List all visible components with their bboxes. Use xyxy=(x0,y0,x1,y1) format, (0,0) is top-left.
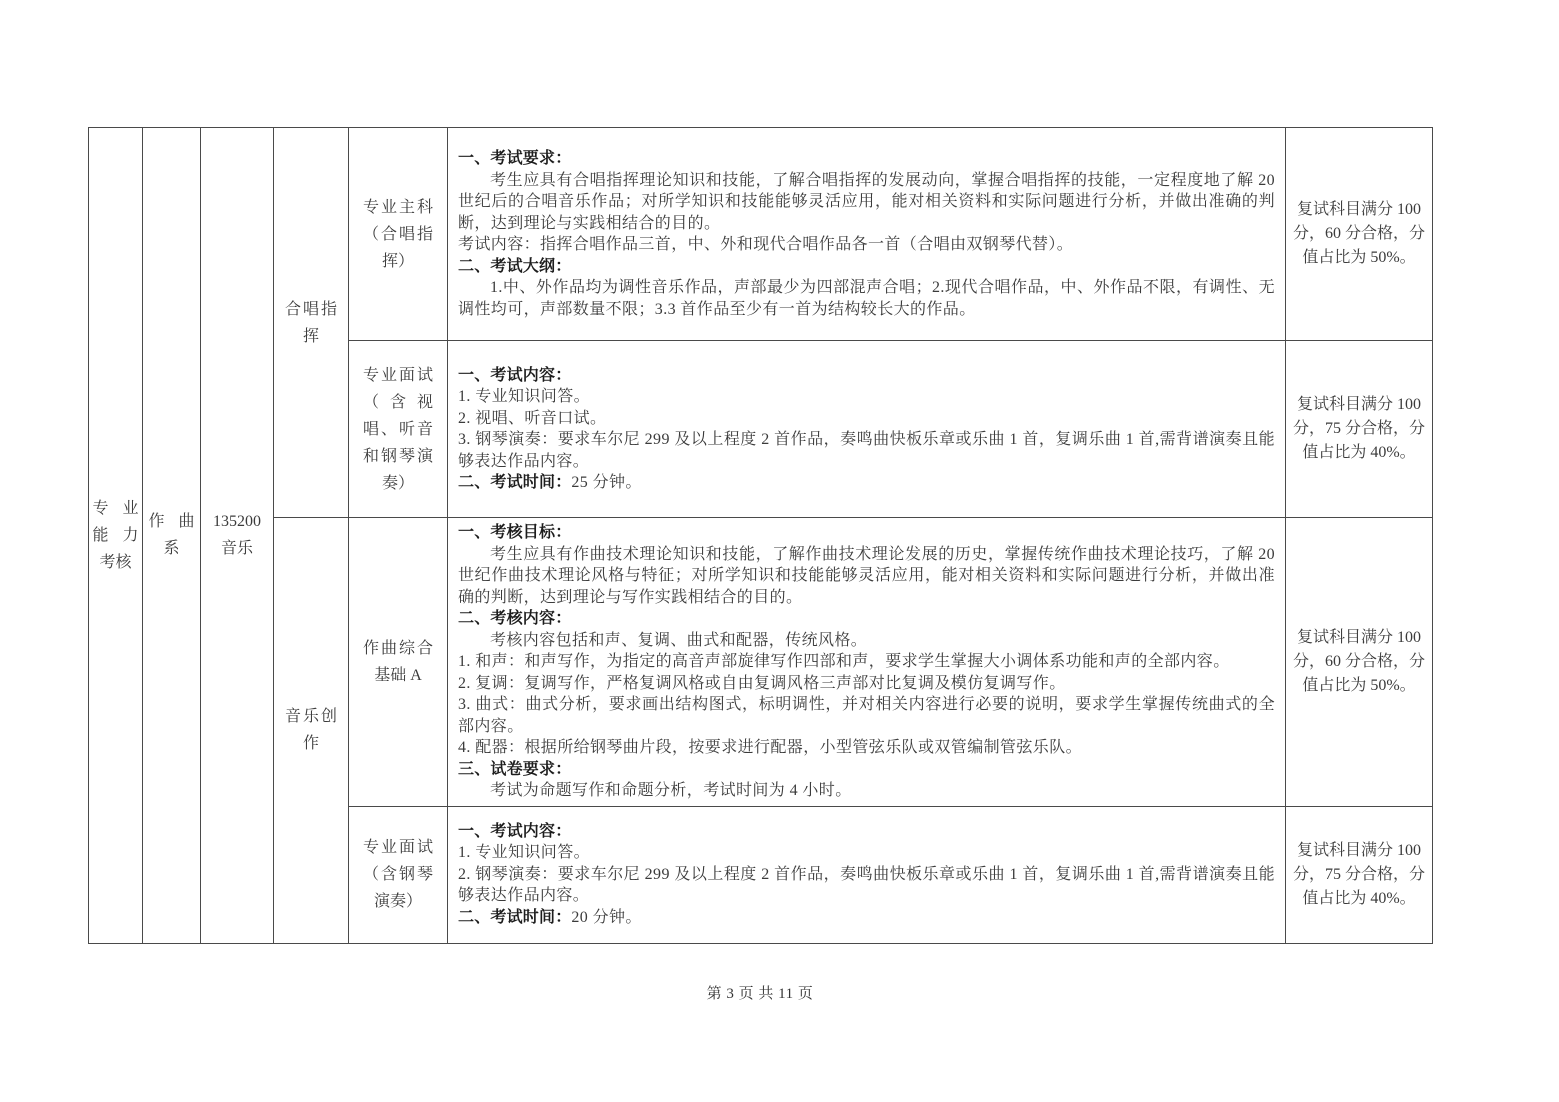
paragraph: 1. 专业知识问答。 xyxy=(458,386,1275,408)
paragraph: 一、考试内容： xyxy=(458,821,1275,843)
cell-subject-interview-composition: 专业面试（含钢琴演奏） xyxy=(349,806,448,943)
cell-department: 作曲系 xyxy=(143,128,201,944)
cell-score-info: 复试科目满分 100 分，75 分合格，分值占比为 40%。 xyxy=(1286,341,1433,518)
cell-subject-composition-foundation: 作曲综合基础 A xyxy=(349,518,448,807)
table-row: 专业能力考核 作曲系 135200 音乐 合唱指挥 专业主科（合唱指挥） 一、考… xyxy=(89,128,1433,341)
direction-label: 合唱指挥 xyxy=(285,296,337,350)
cell-subject-interview-choral: 专业面试（含视唱、听音和钢琴演奏） xyxy=(349,341,448,518)
subject-label: 专业面试（含钢琴演奏） xyxy=(363,834,433,915)
department-label: 作曲系 xyxy=(149,508,195,562)
subject-label: 作曲综合基础 A xyxy=(363,635,433,689)
cell-assessment-type: 专业能力考核 xyxy=(89,128,143,944)
cell-score-info: 复试科目满分 100 分，60 分合格，分值占比为 50%。 xyxy=(1286,518,1433,807)
paragraph: 2. 钢琴演奏：要求车尔尼 299 及以上程度 2 首作品，奏鸣曲快板乐章或乐曲… xyxy=(458,864,1275,907)
paragraph: 二、考试大纲： xyxy=(458,256,1275,278)
paragraph: 二、考试时间：20 分钟。 xyxy=(458,907,1275,929)
paragraph: 二、考核内容： xyxy=(458,608,1275,630)
cell-program-code: 135200 音乐 xyxy=(201,128,274,944)
program-code-label: 135200 音乐 xyxy=(202,508,272,562)
paragraph: 考核内容包括和声、复调、曲式和配器，传统风格。 xyxy=(458,630,1275,652)
document-page: 专业能力考核 作曲系 135200 音乐 合唱指挥 专业主科（合唱指挥） 一、考… xyxy=(0,0,1559,1102)
paragraph: 考试为命题写作和命题分析，考试时间为 4 小时。 xyxy=(458,780,1275,802)
cell-exam-requirements: 一、考核目标：考生应具有作曲技术理论知识和技能，了解作曲技术理论发展的历史，掌握… xyxy=(448,518,1286,807)
cell-exam-requirements: 一、考试内容：1. 专业知识问答。2. 钢琴演奏：要求车尔尼 299 及以上程度… xyxy=(448,806,1286,943)
assessment-type-label: 专业能力考核 xyxy=(93,495,139,576)
page-number: 第 3 页 共 11 页 xyxy=(707,986,814,1002)
table-row: 音乐创作 作曲综合基础 A 一、考核目标：考生应具有作曲技术理论知识和技能，了解… xyxy=(89,518,1433,807)
cell-subject-major-choral: 专业主科（合唱指挥） xyxy=(349,128,448,341)
paragraph: 1.中、外作品均为调性音乐作品，声部最少为四部混声合唱；2.现代合唱作品，中、外… xyxy=(458,277,1275,320)
paragraph: 2. 视唱、听音口试。 xyxy=(458,408,1275,430)
cell-exam-requirements: 一、考试要求：考生应具有合唱指挥理论知识和技能，了解合唱指挥的发展动向，掌握合唱… xyxy=(448,128,1286,341)
cell-score-info: 复试科目满分 100 分，60 分合格，分值占比为 50%。 xyxy=(1286,128,1433,341)
paragraph: 1. 专业知识问答。 xyxy=(458,842,1275,864)
cell-score-info: 复试科目满分 100 分，75 分合格，分值占比为 40%。 xyxy=(1286,806,1433,943)
subject-label: 专业面试（含视唱、听音和钢琴演奏） xyxy=(363,362,433,497)
paragraph: 考生应具有作曲技术理论知识和技能，了解作曲技术理论发展的历史，掌握传统作曲技术理… xyxy=(458,544,1275,609)
paragraph: 一、考试要求： xyxy=(458,148,1275,170)
paragraph: 考生应具有合唱指挥理论知识和技能，了解合唱指挥的发展动向，掌握合唱指挥的技能，一… xyxy=(458,170,1275,235)
cell-exam-requirements: 一、考试内容：1. 专业知识问答。2. 视唱、听音口试。3. 钢琴演奏：要求车尔… xyxy=(448,341,1286,518)
paragraph: 一、考试内容： xyxy=(458,365,1275,387)
cell-direction-choral-conducting: 合唱指挥 xyxy=(274,128,349,518)
paragraph: 二、考试时间：25 分钟。 xyxy=(458,472,1275,494)
cell-direction-music-composition: 音乐创作 xyxy=(274,518,349,944)
paragraph: 三、试卷要求： xyxy=(458,759,1275,781)
paragraph: 3. 曲式：曲式分析，要求画出结构图式，标明调性，并对相关内容进行必要的说明，要… xyxy=(458,694,1275,737)
paragraph: 3. 钢琴演奏：要求车尔尼 299 及以上程度 2 首作品，奏鸣曲快板乐章或乐曲… xyxy=(458,429,1275,472)
page-footer: 第 3 页 共 11 页 xyxy=(88,982,1432,1003)
paragraph: 2. 复调：复调写作，严格复调风格或自由复调风格三声部对比复调及模仿复调写作。 xyxy=(458,673,1275,695)
paragraph: 考试内容：指挥合唱作品三首，中、外和现代合唱作品各一首（合唱由双钢琴代替）。 xyxy=(458,234,1275,256)
paragraph: 一、考核目标： xyxy=(458,522,1275,544)
direction-label: 音乐创作 xyxy=(285,703,337,757)
paragraph: 4. 配器：根据所给钢琴曲片段，按要求进行配器，小型管弦乐队或双管编制管弦乐队。 xyxy=(458,737,1275,759)
exam-requirements-table: 专业能力考核 作曲系 135200 音乐 合唱指挥 专业主科（合唱指挥） 一、考… xyxy=(88,127,1433,944)
paragraph: 1. 和声：和声写作，为指定的高音声部旋律写作四部和声，要求学生掌握大小调体系功… xyxy=(458,651,1275,673)
subject-label: 专业主科（合唱指挥） xyxy=(363,194,433,275)
